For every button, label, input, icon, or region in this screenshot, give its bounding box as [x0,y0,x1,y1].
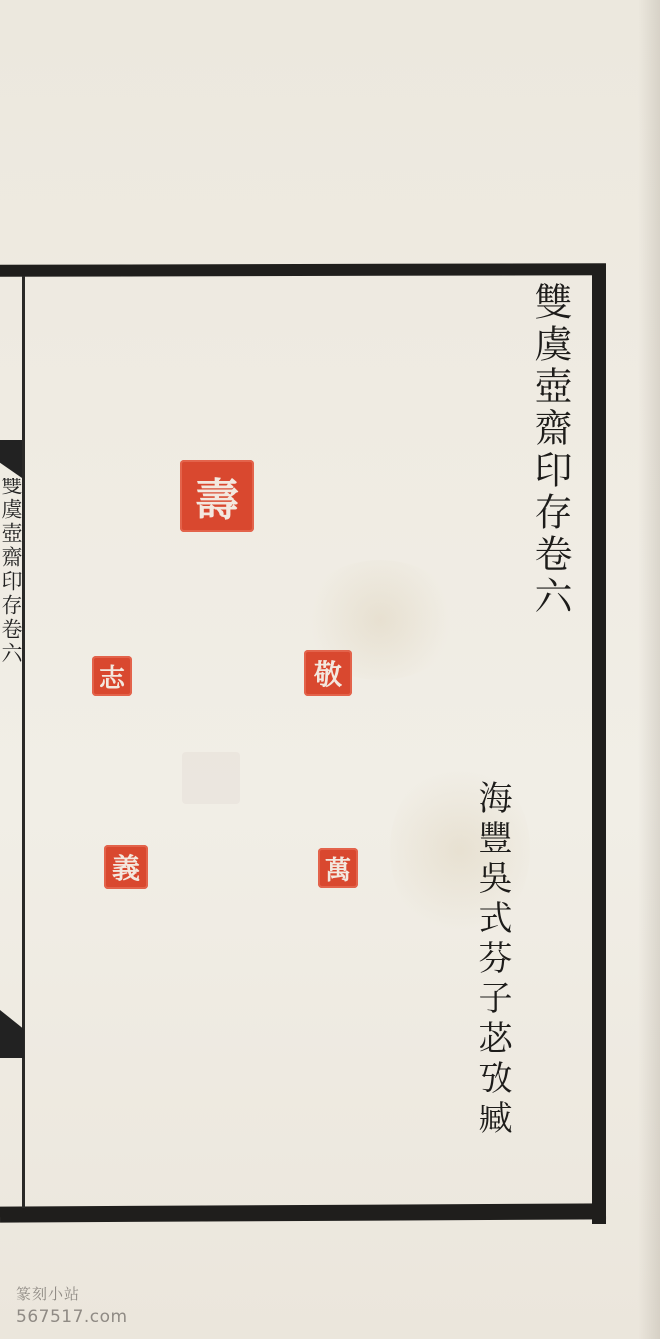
book-page: 雙虞壺齋印存卷六 雙虞壺齋印存卷六 海豐吳式芬子苾攷臧 壽 志 敬 義 萬 篆刻… [0,0,660,1339]
seal-glyph: 志 [99,658,125,695]
collector-inscription: 海豐吳式芬子苾攷臧 [470,780,514,1140]
seal-impression: 志 [92,656,132,696]
book-title: 雙虞壺齋印存卷六 [528,282,572,618]
frame-bottom-border [0,1203,606,1222]
watermark-url: 567517.com [16,1307,128,1327]
seal-glyph: 敬 [314,653,342,693]
frame-inner-left-line [22,276,25,1208]
seal-impression: 敬 [304,650,352,696]
seal-glyph: 萬 [325,850,351,887]
watermark-site-name: 篆刻小站 [16,1283,80,1304]
adjacent-page-fishtail-top [0,440,22,478]
page-edge-shadow [638,0,660,1339]
seal-impression: 萬 [318,848,358,888]
seal-impression: 壽 [180,460,254,532]
seal-impression: 義 [104,845,148,889]
seal-glyph: 壽 [195,464,239,528]
adjacent-page-fishtail-bottom [0,1010,24,1058]
faint-bleed-through-seal [182,752,240,804]
adjacent-page-title: 雙虞壺齋印存卷六 [0,478,22,808]
frame-top-border [0,263,606,277]
seal-glyph: 義 [112,847,140,887]
frame-right-border [592,264,606,1224]
